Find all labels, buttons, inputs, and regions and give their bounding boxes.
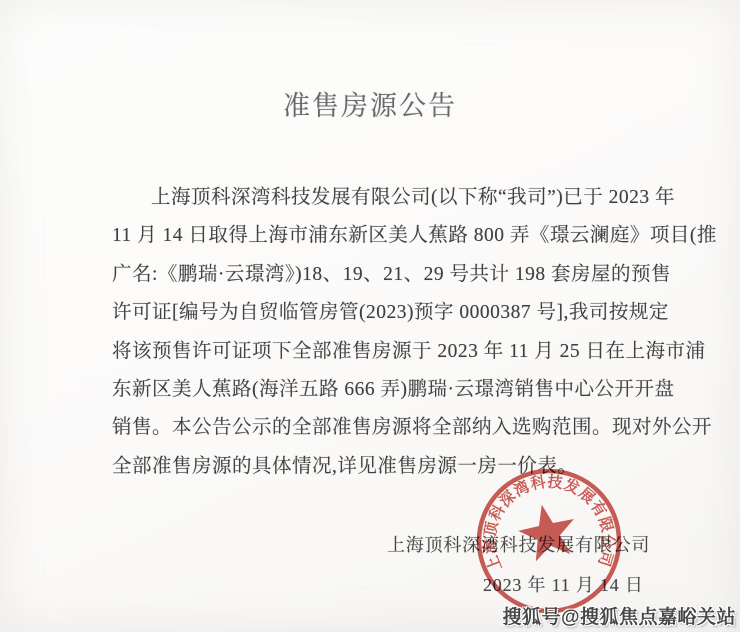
body-line: 将该预售许可证项下全部准售房源于 2023 年 11 月 25 日在上海市浦 — [112, 333, 648, 371]
body-line: 销售。本公告公示的全部准售房源将全部纳入选购范围。现对外公开 — [112, 409, 648, 447]
document-body: 上海顶科深湾科技发展有限公司(以下称“我司”)已于 2023 年 11 月 14… — [112, 179, 648, 486]
body-line: 许可证[编号为自贸临管房管(2023)预字 0000387 号],我司按规定 — [112, 294, 648, 332]
body-line: 东新区美人蕉路(海洋五路 666 弄)鹏瑞·云璟湾销售中心公开开盘 — [112, 371, 648, 409]
document-title: 准售房源公告 — [0, 84, 740, 123]
body-line: 上海顶科深湾科技发展有限公司(以下称“我司”)已于 2023 年 — [112, 179, 648, 217]
company-seal-stamp: 上海顶科深湾科技发展有限公司 — [464, 456, 634, 626]
body-line: 11 月 14 日取得上海市浦东新区美人蕉路 800 弄《璟云澜庭》项目(推 — [112, 217, 648, 255]
scanned-announcement-document: 准售房源公告 上海顶科深湾科技发展有限公司(以下称“我司”)已于 2023 年 … — [0, 0, 740, 632]
seal-star-icon — [514, 499, 581, 564]
body-line: 广名:《鹏瑞·云璟湾》)18、19、21、29 号共计 198 套房屋的预售 — [112, 256, 648, 294]
sohu-watermark: 搜狐号@搜狐焦点嘉峪关站 — [502, 602, 736, 629]
